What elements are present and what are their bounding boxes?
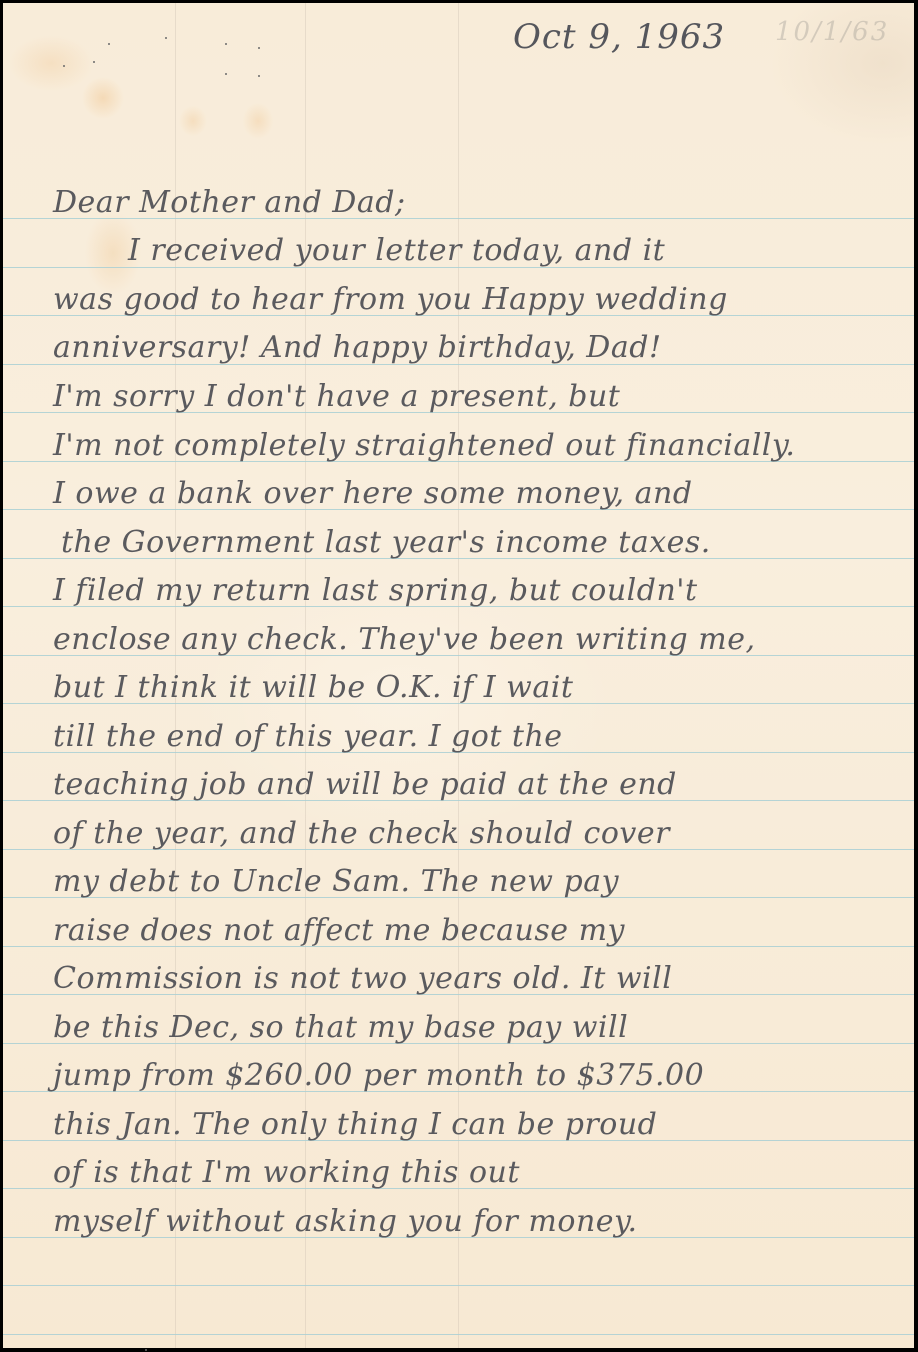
letter-line: I'm sorry I don't have a present, but [53,377,620,417]
paper-speck [258,75,260,77]
paper-speck [93,61,95,63]
letter-line: my debt to Uncle Sam. The new pay [53,862,619,902]
paper-speck [145,1349,147,1351]
letter-line: enclose any check. They've been writing … [53,620,756,660]
letter-line: of the year, and the check should cover [53,814,670,854]
letter-line: be this Dec, so that my base pay will [53,1008,628,1048]
letter-line: I'm not completely straightened out fina… [53,426,795,466]
paper-speck [225,73,227,75]
letter-line: myself without asking you for money. [53,1202,638,1242]
letter-line: jump from $260.00 per month to $375.00 [53,1056,704,1096]
paper-speck [165,37,167,39]
letter-line: but I think it will be O.K. if I wait [53,668,573,708]
letter-line: raise does not affect me because my [53,911,625,951]
paper-speck [63,65,65,67]
letter-line: was good to hear from you Happy wedding [53,280,728,320]
paper-speck [258,47,260,49]
letter-line: till the end of this year. I got the [53,717,563,757]
paper-speck [225,43,227,45]
ruled-line [3,1334,914,1335]
letter-line: I owe a bank over here some money, and [53,474,693,514]
letter-line: I received your letter today, and it [128,231,665,271]
letter-page: Oct 9, 1963 10/1/63 Dear Mother and Dad;… [3,3,914,1348]
letter-line: teaching job and will be paid at the end [53,765,677,805]
letter-line: this Jan. The only thing I can be proud [53,1105,657,1145]
paper-speck [108,43,110,45]
letter-line: of is that I'm working this out [53,1153,520,1193]
letter-line: Commission is not two years old. It will [53,959,672,999]
letter-line: I filed my return last spring, but could… [53,571,698,611]
letter-date: Oct 9, 1963 [513,17,725,57]
salutation: Dear Mother and Dad; [53,183,406,223]
ruled-line [3,1285,914,1286]
letter-line: anniversary! And happy birthday, Dad! [53,328,662,368]
letter-line: the Government last year's income taxes. [61,523,711,563]
archival-date-mark: 10/1/63 [775,17,889,47]
